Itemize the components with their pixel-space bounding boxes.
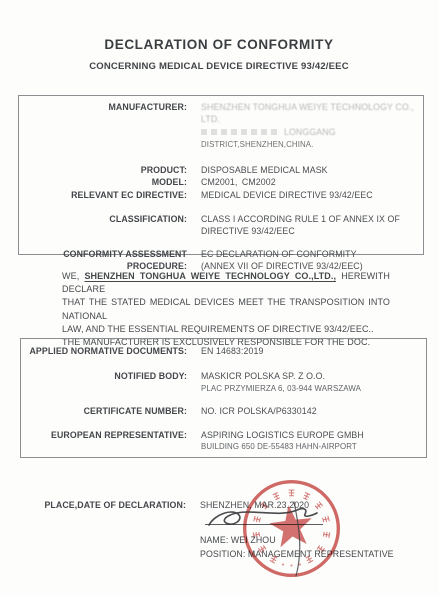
product-value: DISPOSABLE MEDICAL MASK [187, 164, 423, 176]
declaration-line1: WE, SHENZHEN TONGHUA WEIYE TECHNOLOGY CO… [62, 270, 390, 296]
model-label: MODEL: [19, 176, 187, 188]
declaration-line3: LAW, AND THE ESSENTIAL REQUIREMENTS OF D… [62, 323, 390, 336]
european-representative-name: ASPIRING LOGISTICS EUROPE GMBH [201, 430, 364, 440]
manufacturer-value: SHENZHEN TONGHUA WEIYE TECHNOLOGY CO., L… [187, 101, 423, 151]
conformity-procedure-value: EC DECLARATION OF CONFORMITY (ANNEX VII … [187, 248, 423, 273]
classification-line1: CLASS I ACCORDING RULE 1 OF ANNEX IX OF [201, 214, 400, 224]
european-representative-address: BUILDING 650 DE-55483 HAHN-AIRPORT [201, 441, 426, 453]
manufacturer-row: MANUFACTURER: SHENZHEN TONGHUA WEIYE TEC… [19, 101, 423, 151]
ec-directive-row: RELEVANT EC DIRECTIVE: MEDICAL DEVICE DI… [19, 189, 423, 201]
normative-documents-row: APPLIED NORMATIVE DOCUMENTS: EN 14683:20… [21, 345, 426, 357]
conformity-procedure-row: CONFORMITY ASSESSMENT PROCEDURE: EC DECL… [19, 248, 423, 273]
certificate-number-row: CERTIFICATE NUMBER: NO. ICR POLSKA/P6330… [21, 405, 426, 417]
manufacturer-address-fragment: LONGGANG [284, 127, 336, 137]
classification-label: CLASSIFICATION: [19, 213, 187, 225]
place-date-label: PLACE,DATE OF DECLARATION: [18, 499, 186, 511]
classification-row: CLASSIFICATION: CLASS I ACCORDING RULE 1… [19, 213, 423, 238]
declaration-line2: THAT THE STATED MEDICAL DEVICES MEET THE… [62, 296, 390, 322]
conformity-procedure-label: CONFORMITY ASSESSMENT PROCEDURE: [19, 248, 187, 273]
ec-directive-label: RELEVANT EC DIRECTIVE: [19, 189, 187, 201]
certificate-number-label: CERTIFICATE NUMBER: [21, 405, 187, 417]
model-value: CM2001, CM2002 [187, 176, 423, 188]
classification-line2: DIRECTIVE 93/42/EEC [201, 226, 295, 236]
normative-documents-value: EN 14683:2019 [187, 345, 426, 357]
certificate-number-value: NO. ICR POLSKA/P6330142 [187, 405, 426, 417]
ec-directive-value: MEDICAL DEVICE DIRECTIVE 93/42/EEC [187, 189, 423, 201]
manufacturer-address-smudge [201, 129, 279, 135]
european-representative-row: EUROPEAN REPRESENTATIVE: ASPIRING LOGIST… [21, 429, 426, 453]
declaration-we: WE, [62, 271, 79, 281]
declaration-of-conformity-document: DECLARATION OF CONFORMITY CONCERNING MED… [0, 0, 438, 595]
handwritten-signature [195, 492, 340, 587]
manufacturer-label: MANUFACTURER: [19, 101, 187, 113]
notified-body-name: MASKICR POLSKA SP. Z O.O. [201, 371, 325, 381]
declaration-company-name: SHENZHEN TONGHUA WEIYE TECHNOLOGY CO.,LT… [84, 271, 336, 281]
device-info-box: MANUFACTURER: SHENZHEN TONGHUA WEIYE TEC… [18, 95, 424, 255]
notified-body-row: NOTIFIED BODY: MASKICR POLSKA SP. Z O.O.… [21, 370, 426, 394]
european-representative-label: EUROPEAN REPRESENTATIVE: [21, 429, 187, 441]
product-row: PRODUCT: DISPOSABLE MEDICAL MASK [19, 164, 423, 176]
conformity-line1: EC DECLARATION OF CONFORMITY [201, 249, 357, 259]
notified-body-value: MASKICR POLSKA SP. Z O.O. PLAC PRZYMIERZ… [187, 370, 426, 394]
document-subtitle: CONCERNING MEDICAL DEVICE DIRECTIVE 93/4… [0, 61, 438, 72]
document-title: DECLARATION OF CONFORMITY [0, 37, 438, 52]
product-label: PRODUCT: [19, 164, 187, 176]
classification-value: CLASS I ACCORDING RULE 1 OF ANNEX IX OF … [187, 213, 423, 238]
normative-documents-label: APPLIED NORMATIVE DOCUMENTS: [21, 345, 187, 357]
european-representative-value: ASPIRING LOGISTICS EUROPE GMBH BUILDING … [187, 429, 426, 453]
manufacturer-name-faded: SHENZHEN TONGHUA WEIYE TECHNOLOGY CO., L… [201, 102, 414, 124]
notified-body-label: NOTIFIED BODY: [21, 370, 187, 382]
model-row: MODEL: CM2001, CM2002 [19, 176, 423, 188]
notified-body-address: PLAC PRZYMIERZA 6, 03-944 WARSZAWA [201, 383, 426, 395]
certification-info-box: APPLIED NORMATIVE DOCUMENTS: EN 14683:20… [20, 338, 427, 458]
manufacturer-address-line: DISTRICT,SHENZHEN,CHINA. [201, 140, 313, 149]
